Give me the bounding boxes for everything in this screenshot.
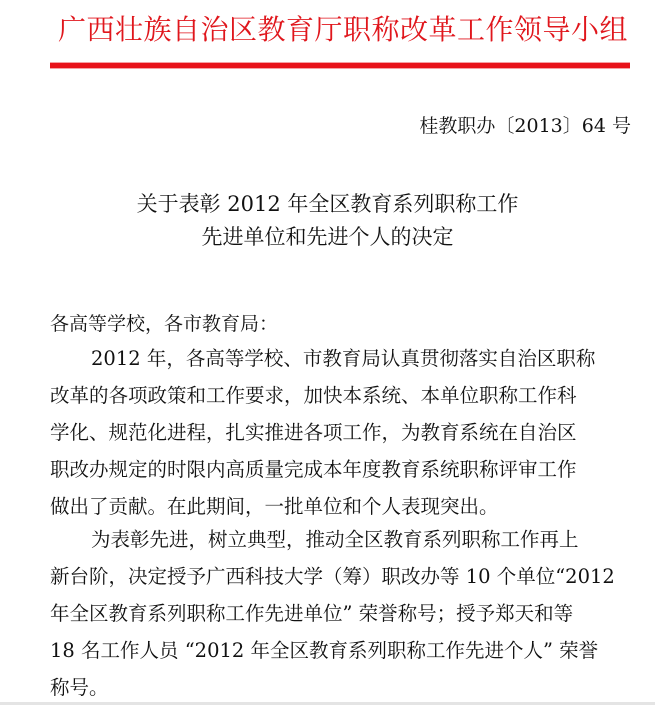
- salutation: 各高等学校，各市教育局：: [50, 308, 278, 340]
- document-page: 广西壮族自治区教育厅职称改革工作领导小组 桂教职办〔2013〕64 号 关于表彰…: [0, 0, 655, 705]
- paragraph-line: 学化、规范化进程，扎实推进各项工作，为教育系统在自治区: [50, 414, 635, 451]
- paragraph-line: 新台阶，决定授予广西科技大学（筹）职改办等 10 个单位“2012: [50, 558, 635, 595]
- paragraph-line: 职改办规定的时限内高质量完成本年度教育系统职称评审工作: [50, 451, 635, 488]
- paragraph-2: 为表彰先进，树立典型，推动全区教育系列职称工作再上 新台阶，决定授予广西科技大学…: [50, 521, 635, 705]
- paragraph-line: 改革的各项政策和工作要求，加快本系统、本单位职称工作科: [50, 377, 635, 414]
- paragraph-line: 2012 年，各高等学校、市教育局认真贯彻落实自治区职称: [50, 340, 635, 377]
- paragraph-line: 年全区教育系列职称工作先进单位” 荣誉称号；授予郑天和等: [50, 595, 635, 632]
- paragraph-1: 2012 年，各高等学校、市教育局认真贯彻落实自治区职称 改革的各项政策和工作要…: [50, 340, 635, 525]
- paragraph-line: 做出了贡献。在此期间，一批单位和个人表现突出。: [50, 488, 635, 525]
- issuing-organization-header: 广西壮族自治区教育厅职称改革工作领导小组: [58, 12, 628, 48]
- document-title: 关于表彰 2012 年全区教育系列职称工作 先进单位和先进个人的决定: [0, 188, 655, 254]
- document-title-line-2: 先进单位和先进个人的决定: [0, 221, 655, 254]
- document-number: 桂教职办〔2013〕64 号: [419, 113, 631, 139]
- document-title-line-1: 关于表彰 2012 年全区教育系列职称工作: [0, 188, 655, 221]
- paragraph-line: 称号。: [50, 669, 635, 705]
- paragraph-line: 为表彰先进，树立典型，推动全区教育系列职称工作再上: [50, 521, 635, 558]
- paragraph-line: 18 名工作人员 “2012 年全区教育系列职称工作先进个人” 荣誉: [50, 632, 635, 669]
- red-header-rule: [50, 63, 630, 68]
